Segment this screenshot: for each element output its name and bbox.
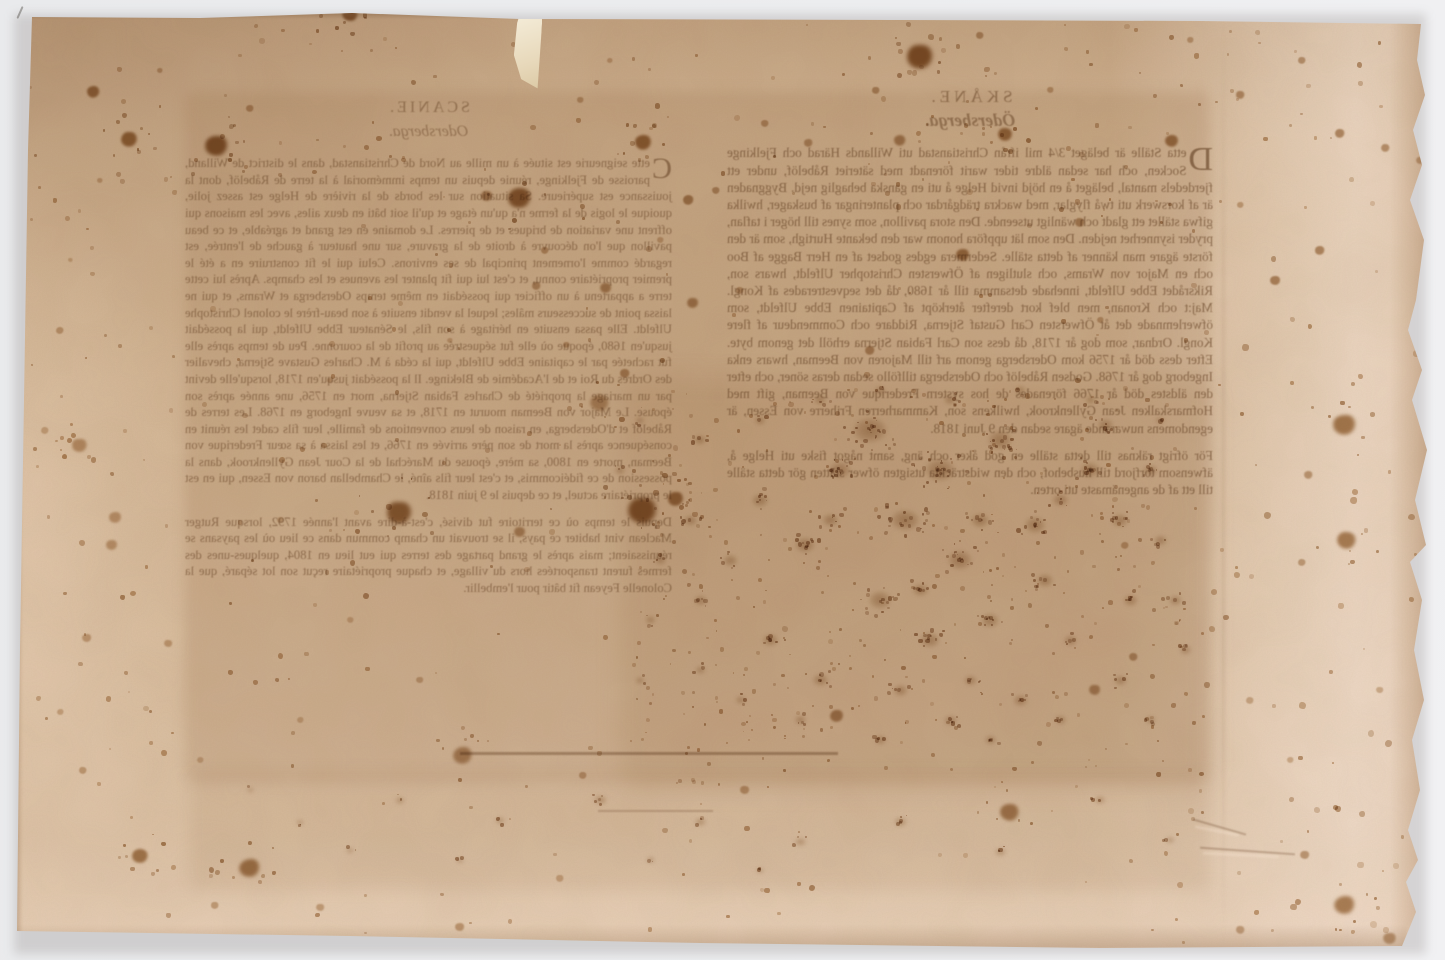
foxing-speck [1125,599,1128,602]
foxing-speck [960,586,965,591]
foxing-speck [641,738,645,742]
foxing-speck [1003,435,1007,439]
foxing-speck [652,123,657,128]
foxing-speck [637,641,641,645]
foxing-speck [97,782,101,786]
foxing-speck [885,503,889,507]
foxing-speck [1075,477,1078,480]
foxing-speck [990,600,992,602]
foxing-speck [1156,772,1161,777]
foxing-speck [1067,570,1070,573]
foxing-speck [898,287,901,290]
foxing-speck [707,762,711,766]
foxing-speck [279,457,285,463]
mottle-patch [653,554,668,566]
foxing-speck [919,65,923,69]
foxing-speck [935,574,939,578]
foxing-speck [1105,423,1107,425]
foxing-speck [1376,906,1380,910]
foxing-speck [1236,98,1239,101]
foxing-speck [919,457,922,460]
foxing-stain [804,139,813,147]
foxing-speck [954,551,957,554]
foxing-stain [106,540,118,550]
foxing-speck [972,450,974,452]
foxing-speck [863,644,866,647]
foxing-speck [487,740,489,742]
foxing-stain [109,512,122,523]
mottle-patch [394,796,406,805]
foxing-speck [822,403,826,407]
foxing-speck [1008,446,1012,450]
foxing-speck [1353,920,1356,923]
foxing-speck [884,766,888,770]
foxing-stain [121,132,138,147]
foxing-speck [1019,698,1021,700]
foxing-speck [1382,870,1384,872]
foxing-speck [975,515,979,519]
foxing-speck [113,154,115,156]
foxing-speck [656,614,659,617]
foxing-speck [533,25,538,30]
foxing-speck [911,688,913,690]
foxing-speck [1306,84,1310,88]
foxing-speck [1192,229,1195,232]
foxing-speck [316,139,318,141]
foxing-speck [1311,406,1314,409]
mottle-patch [1154,416,1166,425]
foxing-speck [792,843,796,847]
foxing-speck [847,438,850,441]
foxing-speck [1054,556,1056,558]
foxing-speck [386,504,392,510]
foxing-stain [197,757,204,763]
foxing-speck [733,672,735,674]
paper-fiber [16,6,23,19]
foxing-speck [1376,550,1379,553]
foxing-speck [1066,487,1068,489]
foxing-speck [1016,449,1018,451]
foxing-speck [109,748,111,750]
foxing-speck [1370,201,1375,206]
foxing-speck [939,37,942,40]
foxing-speck [1018,819,1021,822]
foxing-speck [703,599,707,603]
tone-overlay-top [0,0,1445,960]
foxing-speck [1101,418,1103,420]
foxing-speck [765,590,767,592]
foxing-speck [376,136,382,142]
foxing-speck [892,688,894,690]
foxing-speck [996,818,998,820]
foxing-speck [930,635,932,637]
foxing-speck [678,779,682,783]
foxing-speck [983,571,985,573]
foxing-stain [1187,37,1194,43]
foxing-speck [1116,409,1118,411]
foxing-speck [957,724,962,729]
foxing-speck [935,719,937,721]
foxing-speck [512,218,517,223]
foxing-speck [1150,716,1154,720]
foxing-speck [1413,558,1416,561]
foxing-speck [1191,817,1195,821]
foxing-speck [254,24,258,28]
foxing-speck [1075,199,1081,205]
foxing-speck [1348,563,1350,565]
foxing-speck [905,676,907,678]
foxing-speck [1335,928,1338,931]
foxing-speck [1150,674,1155,679]
foxing-speck [842,459,843,460]
foxing-speck [773,683,777,687]
foxing-speck [757,418,761,422]
foxing-speck [1085,881,1087,883]
foxing-speck [701,781,704,784]
foxing-speck [896,182,900,186]
foxing-stain [277,517,284,523]
foxing-speck [918,140,921,143]
foxing-speck [1046,722,1051,727]
foxing-speck [1054,719,1058,723]
foxing-speck [1057,494,1059,496]
foxing-speck [986,413,990,417]
foxing-speck [485,448,490,453]
foxing-speck [365,667,370,672]
foxing-speck [618,468,620,470]
foxing-speck [1123,386,1128,391]
foxing-speck [1409,597,1414,602]
foxing-speck [169,408,173,412]
foxing-speck [364,145,369,150]
foxing-speck [958,400,961,403]
foxing-speck [897,73,902,78]
foxing-speck [877,737,879,739]
foxing-speck [464,738,467,741]
foxing-speck [1178,644,1182,648]
mottle-patch [968,511,992,530]
foxing-speck [242,413,248,419]
foxing-speck [145,565,148,568]
foxing-speck [701,492,703,494]
foxing-speck [888,596,892,600]
foxing-speck [143,459,146,462]
foxing-speck [128,691,130,693]
foxing-speck [500,823,504,827]
foxing-speck [228,670,233,675]
foxing-stain [620,369,630,378]
foxing-speck [766,449,769,452]
foxing-speck [879,431,881,433]
foxing-speck [1031,573,1035,577]
foxing-speck [872,675,874,677]
foxing-speck [1098,471,1102,475]
foxing-stain [87,86,100,98]
foxing-speck [1255,464,1257,466]
foxing-speck [381,937,387,943]
foxing-stain [453,747,473,764]
foxing-speck [1072,638,1076,642]
foxing-speck [656,559,658,561]
foxing-speck [1037,583,1039,585]
foxing-speck [522,181,527,186]
mottle-patch [892,816,909,828]
foxing-speck [870,132,874,136]
foxing-speck [937,466,938,467]
foxing-speck [713,488,717,492]
foxing-speck [1079,152,1084,157]
foxing-speck [714,418,719,423]
foxing-speck [588,746,592,750]
foxing-speck [588,338,592,342]
foxing-speck [662,473,667,478]
foxing-speck [742,466,744,468]
foxing-speck [904,534,908,538]
foxing-speck [343,529,345,531]
foxing-speck [994,72,997,75]
foxing-speck [1066,505,1067,506]
foxing-speck [687,583,691,587]
foxing-speck [1091,468,1095,472]
foxing-speck [1040,472,1042,474]
foxing-speck [1060,718,1062,720]
mottle-patch [1112,674,1129,687]
foxing-speck [1108,600,1112,604]
mottle-patch [1144,715,1157,725]
foxing-speck [911,463,914,466]
foxing-stain [1415,326,1425,334]
foxing-speck [926,481,929,484]
foxing-speck [665,595,667,597]
foxing-speck [1126,511,1128,513]
foxing-speck [748,739,750,741]
foxing-stain [761,120,769,127]
foxing-speck [657,521,660,524]
foxing-speck [947,488,949,490]
foxing-speck [827,759,830,762]
mottle-patch [246,787,255,793]
bleed-text-column-french: SCANIE. Odersberga. Cette seigneurie est… [185,100,672,607]
foxing-speck [228,116,231,119]
foxing-speck [979,294,983,298]
foxing-speck [784,735,787,738]
foxing-speck [244,165,248,169]
foxing-speck [989,569,992,572]
foxing-speck [411,80,416,85]
foxing-speck [825,547,828,550]
foxing-speck [984,67,989,72]
foxing-speck [682,503,684,505]
foxing-speck [798,831,800,833]
foxing-speck [926,587,929,590]
foxing-speck [1024,525,1027,528]
foxing-speck [1166,596,1170,600]
foxing-speck [509,818,511,820]
photo-backdrop: SCANIE. Odersberga. Cette seigneurie est… [0,0,1445,960]
foxing-speck [1374,897,1377,900]
fold-mark [1200,847,1295,856]
foxing-speck [1290,381,1293,384]
foxing-speck [1034,585,1037,588]
foxing-speck [967,680,971,684]
foxing-speck [694,599,698,603]
foxing-speck [883,587,886,590]
mottle-patch [910,582,931,598]
foxing-speck [922,513,925,516]
foxing-speck [458,778,462,782]
foxing-speck [775,641,778,644]
foxing-speck [224,94,227,97]
foxing-speck [1128,126,1132,130]
foxing-speck [952,397,956,401]
foxing-stain [683,195,694,205]
foxing-speck [887,607,889,609]
foxing-speck [782,626,788,632]
foxing-speck [477,740,479,742]
mottle-patch [886,506,924,534]
foxing-speck [315,913,319,917]
mottle-patch [1084,395,1097,405]
foxing-speck [1075,785,1078,788]
foxing-stain [563,342,570,348]
foxing-speck [84,633,86,635]
foxing-stain [316,904,325,911]
foxing-speck [803,723,806,726]
foxing-speck [1361,533,1363,535]
foxing-speck [689,491,692,494]
foxing-speck [1174,621,1178,625]
foxing-speck [1328,415,1332,419]
foxing-speck [639,484,643,488]
foxing-speck [87,455,91,459]
foxing-speck [686,501,689,504]
foxing-speck [768,638,772,642]
foxing-speck [916,131,921,136]
foxing-speck [243,140,246,143]
foxing-speck [700,818,702,820]
foxing-speck [854,458,856,460]
mottle-patch [993,847,1008,857]
foxing-speck [1240,412,1245,417]
foxing-speck [1350,560,1355,565]
foxing-speck [1117,568,1120,571]
foxing-speck [1064,47,1068,51]
foxing-speck [1115,426,1117,428]
foxing-speck [989,616,993,620]
foxing-speck [900,816,902,818]
foxing-speck [1064,692,1068,696]
foxing-speck [903,511,906,514]
foxing-speck [662,557,665,560]
foxing-speck [364,17,367,20]
foxing-stain [1298,57,1306,64]
foxing-speck [1130,596,1132,598]
foxing-speck [1184,692,1188,696]
foxing-speck [884,173,887,176]
foxing-speck [697,436,701,440]
foxing-speck [689,498,693,502]
foxing-speck [766,500,768,502]
foxing-speck [1065,641,1067,643]
foxing-speck [484,168,486,170]
bleed-paragraphs-swedish: Detta Ställe är beläget 3/4 mil ifrån Ch… [727,144,1213,498]
foxing-speck [1150,720,1154,724]
foxing-speck [913,587,916,590]
foxing-speck [1143,474,1146,477]
foxing-speck [715,696,719,700]
foxing-speck [646,686,650,690]
foxing-speck [923,485,926,488]
foxing-speck [922,466,926,470]
foxing-speck [909,516,913,520]
mottle-patch [1021,514,1049,536]
foxing-speck [948,161,950,163]
foxing-speck [106,696,112,702]
foxing-speck [137,150,141,154]
foxing-speck [804,411,807,414]
foxing-speck [945,642,947,644]
foxing-speck [759,499,762,502]
foxing-speck [860,599,861,600]
foxing-speck [1358,374,1363,379]
foxing-speck [758,867,761,870]
foxing-speck [950,458,952,460]
foxing-speck [428,497,430,499]
foxing-speck [787,687,790,690]
foxing-speck [1329,670,1333,674]
foxing-speck [166,913,171,918]
foxing-speck [981,519,983,521]
foxing-speck [760,508,762,510]
foxing-speck [242,170,246,174]
foxing-speck [1099,533,1101,535]
foxing-speck [681,519,686,524]
foxing-speck [1132,589,1136,593]
foxing-stain [976,32,984,39]
foxing-speck [801,721,804,724]
foxing-speck [855,440,859,444]
foxing-speck [988,520,993,525]
foxing-speck [662,143,665,146]
foxing-speck [989,450,993,454]
foxing-speck [705,605,707,607]
foxing-speck [960,529,964,533]
foxing-speck [579,403,583,407]
foxing-speck [1052,691,1055,694]
foxing-speck [78,662,82,666]
mottle-patch [592,794,609,806]
foxing-speck [663,483,665,485]
foxing-stain [579,772,587,779]
foxing-speck [652,523,655,526]
foxing-speck [1089,63,1092,66]
foxing-speck [769,639,772,642]
foxing-speck [161,750,167,756]
foxing-speck [686,393,688,395]
foxing-speck [672,649,675,652]
foxing-speck [636,656,638,658]
foxing-speck [959,557,961,559]
foxing-speck [805,673,808,676]
foxing-speck [700,515,704,519]
foxing-speck [905,722,907,724]
foxing-speck [1034,525,1037,528]
foxing-speck [455,857,459,861]
foxing-speck [954,543,956,545]
foxing-speck [352,3,354,5]
foxing-speck [947,475,949,477]
foxing-speck [940,469,942,471]
